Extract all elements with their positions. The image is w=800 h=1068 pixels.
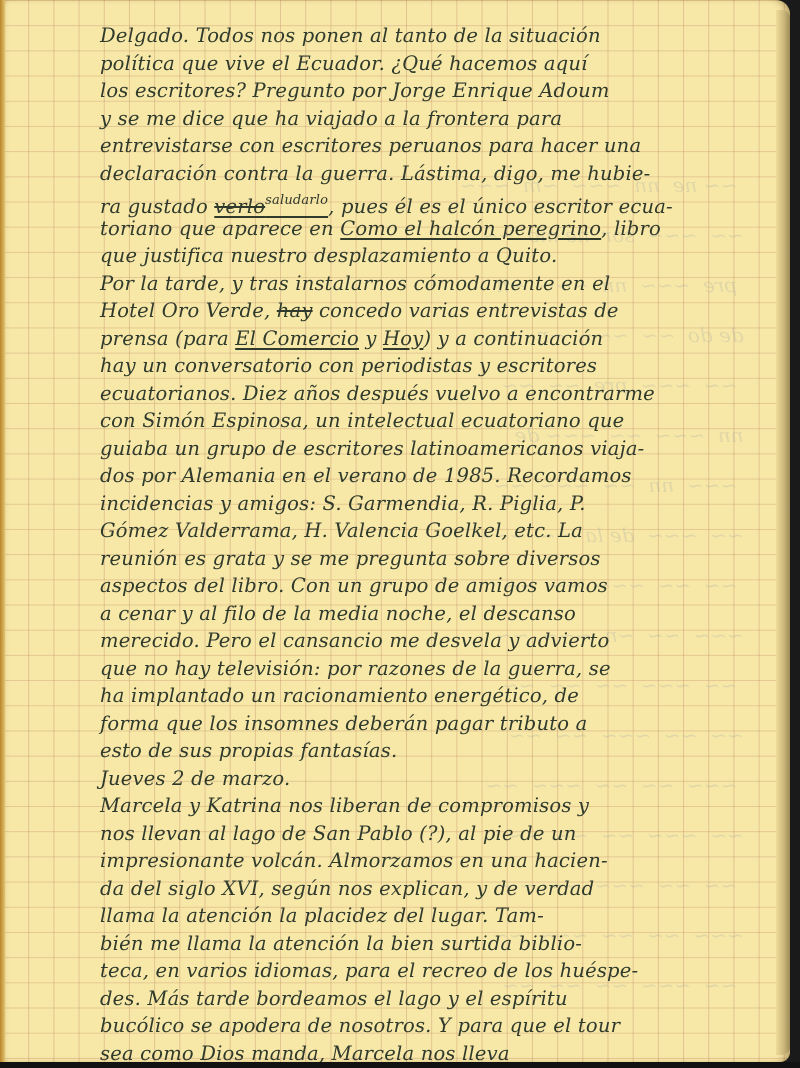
text-line: toriano que aparece en Como el halcón pe… (100, 215, 780, 243)
text-line: merecido. Pero el cansancio me desvela y… (100, 627, 780, 655)
text-line: incidencias y amigos: S. Garmendia, R. P… (100, 490, 780, 518)
text-line: des. Más tarde bordeamos el lago y el es… (100, 985, 780, 1013)
text-line: bién me llama la atención la bien surtid… (100, 930, 780, 958)
newspaper-title: Hoy (383, 327, 423, 350)
date-heading: Jueves 2 de marzo. (100, 765, 780, 793)
text-line: ha implantado un racionamiento energétic… (100, 682, 780, 710)
text-line: nos llevan al lago de San Pablo (?), al … (100, 820, 780, 848)
text-line: Por la tarde, y tras instalarnos cómodam… (100, 270, 780, 298)
text-line: que no hay televisión: por razones de la… (100, 655, 780, 683)
scan-bottom-border (0, 1062, 800, 1068)
handwritten-text: Delgado. Todos nos ponen al tanto de la … (100, 22, 780, 1067)
newspaper-title: El Comercio (235, 327, 359, 350)
text-line: prensa (para El Comercio y Hoy) y a cont… (100, 325, 780, 353)
text-line: Gómez Valderrama, H. Valencia Goelkel, e… (100, 517, 780, 545)
text-line: entrevistarse con escritores peruanos pa… (100, 132, 780, 160)
text-line: aspectos del libro. Con un grupo de amig… (100, 572, 780, 600)
notebook-page: ~~ ne nn ~~~ ~m ~~~ ~~ ~~~ sor ne mo ~~ … (0, 0, 790, 1062)
page-binding-edge (0, 0, 5, 1062)
text-line: da del siglo XVI, según nos explican, y … (100, 875, 780, 903)
text-line: guiaba un grupo de escritores latinoamer… (100, 435, 780, 463)
insertion-above: saludarlo (265, 193, 328, 208)
text-line: ecuatorianos. Diez años después vuelvo a… (100, 380, 780, 408)
text-line: llama la atención la placidez del lugar.… (100, 902, 780, 930)
text-line: y se me dice que ha viajado a la fronter… (100, 105, 780, 133)
text-segment: toriano que aparece en (100, 217, 340, 240)
book-title: Como el halcón peregrino (340, 217, 601, 240)
text-line: esto de sus propias fantasías. (100, 737, 780, 765)
text-line: ra gustado verlosaludarlo, pues él es el… (100, 187, 780, 215)
text-segment: prensa (para (100, 327, 235, 350)
text-line: dos por Alemania en el verano de 1985. R… (100, 462, 780, 490)
struck-word: hay (277, 299, 313, 322)
text-line: Delgado. Todos nos ponen al tanto de la … (100, 22, 780, 50)
text-segment: y (359, 327, 383, 350)
text-segment: concedo varias entrevistas de (313, 299, 619, 322)
text-line: reunión es grata y se me pregunta sobre … (100, 545, 780, 573)
text-segment: Hotel Oro Verde, (100, 299, 277, 322)
text-line: hay un conversatorio con periodistas y e… (100, 352, 780, 380)
text-line: impresionante volcán. Almorzamos en una … (100, 847, 780, 875)
text-line: política que vive el Ecuador. ¿Qué hacem… (100, 50, 780, 78)
text-line: forma que los insomnes deberán pagar tri… (100, 710, 780, 738)
text-line: teca, en varios idiomas, para el recreo … (100, 957, 780, 985)
text-segment: , libro (601, 217, 661, 240)
text-line: a cenar y al filo de la media noche, el … (100, 600, 780, 628)
text-line: Hotel Oro Verde, hay concedo varias entr… (100, 297, 780, 325)
text-line: bucólico se apodera de nosotros. Y para … (100, 1012, 780, 1040)
text-line: los escritores? Pregunto por Jorge Enriq… (100, 77, 780, 105)
text-segment: ) y a continuación (423, 327, 603, 350)
text-line: declaración contra la guerra. Lástima, d… (100, 160, 780, 188)
text-line: que justifica nuestro desplazamiento a Q… (100, 242, 780, 270)
text-line: con Simón Espinosa, un intelectual ecuat… (100, 407, 780, 435)
text-line: Marcela y Katrina nos liberan de comprom… (100, 792, 780, 820)
